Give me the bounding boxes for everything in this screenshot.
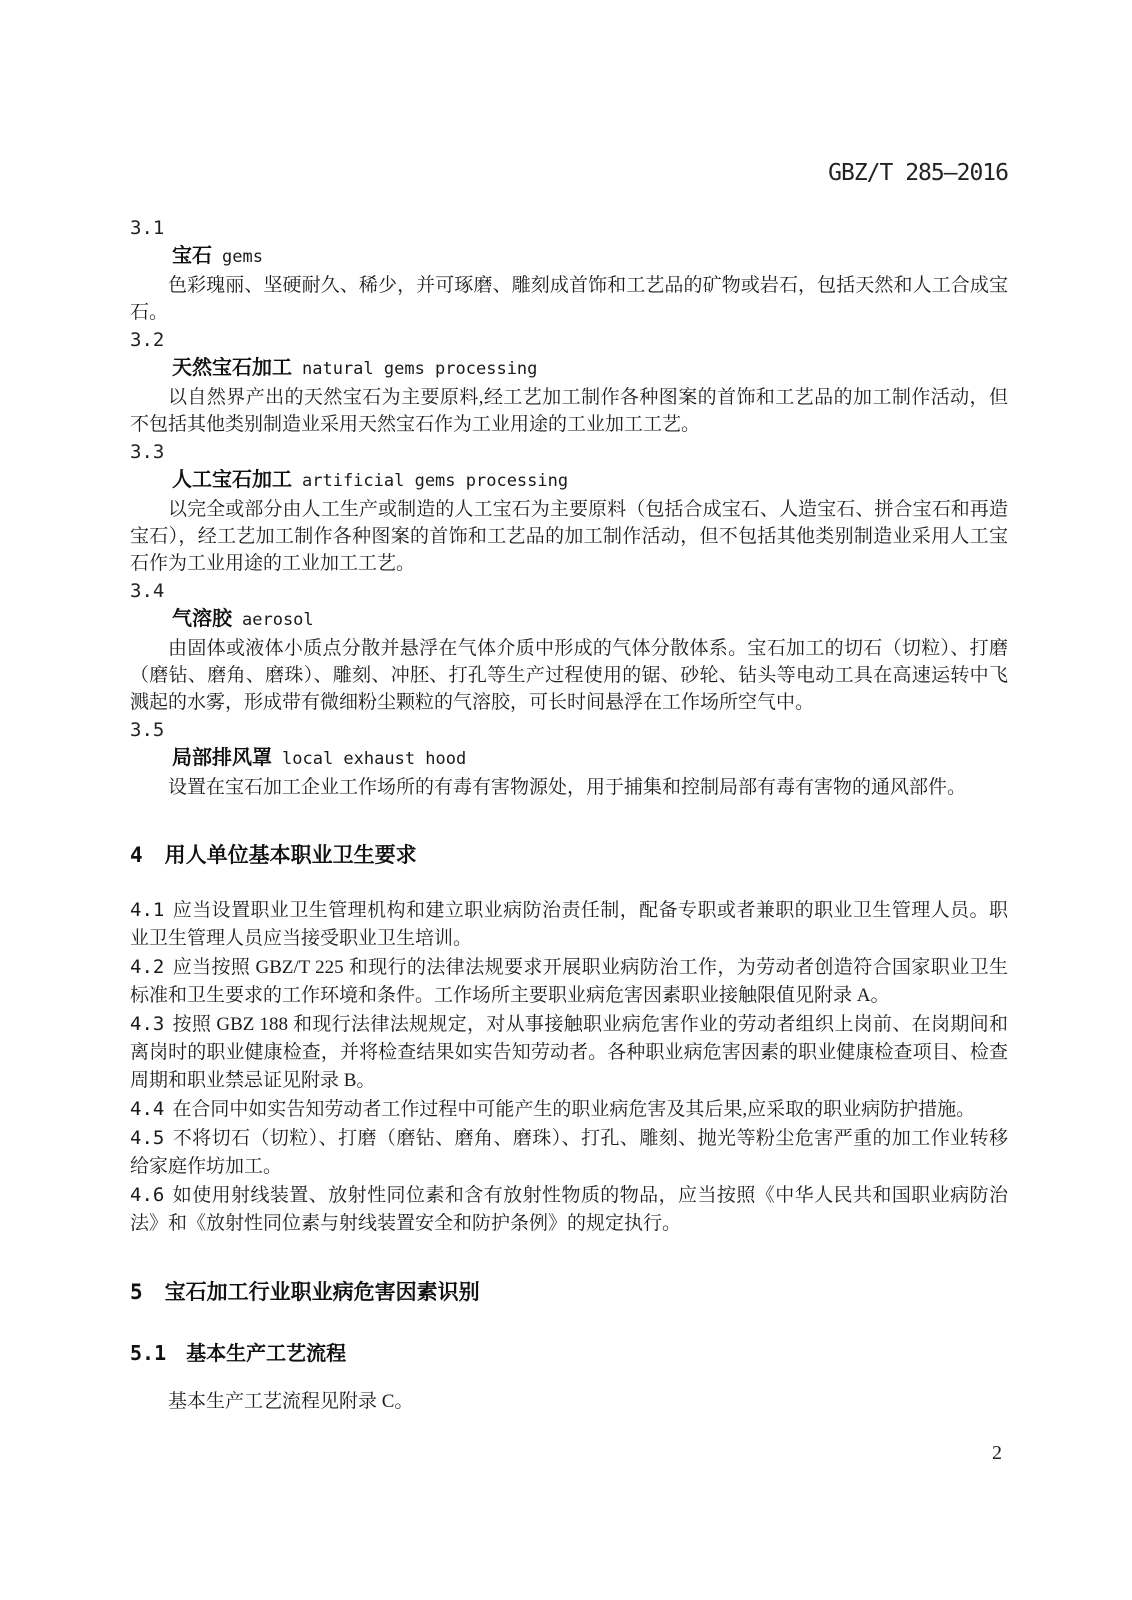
term-block: 3.2 天然宝石加工natural gems processing 以自然界产出… (130, 326, 1008, 438)
term-block: 3.5 局部排风罩local exhaust hood 设置在宝石加工企业工作场… (130, 716, 1008, 801)
term-zh: 人工宝石加工 (172, 469, 292, 491)
clause-text: 不将切石（切粒）、打磨（磨钻、磨角、磨珠）、打孔、雕刻、抛光等粉尘危害严重的加工… (130, 1128, 1008, 1177)
term-heading: 人工宝石加工artificial gems processing (130, 466, 1008, 496)
doc-code-header: GBZ/T 285—2016 (130, 0, 1008, 186)
clause-number: 4.3 (130, 1013, 164, 1035)
clause-number: 3.5 (130, 716, 1008, 744)
term-en: artificial gems processing (302, 471, 568, 491)
page-number: 2 (992, 1442, 1002, 1465)
term-definition: 以完全或部分由人工生产或制造的人工宝石为主要原料（包括合成宝石、人造宝石、拼合宝… (130, 496, 1008, 577)
clause-4-6: 4.6如使用射线装置、放射性同位素和含有放射性物质的物品，应当按照《中华人民共和… (130, 1181, 1008, 1238)
term-en: gems (222, 247, 263, 267)
section-5-1-body: 基本生产工艺流程见附录 C。 (130, 1388, 1008, 1415)
clause-4-3: 4.3按照 GBZ 188 和现行法律法规规定，对从事接触职业病危害作业的劳动者… (130, 1010, 1008, 1095)
term-en: local exhaust hood (282, 749, 466, 769)
clause-4-4: 4.4在合同中如实告知劳动者工作过程中可能产生的职业病危害及其后果,应采取的职业… (130, 1095, 1008, 1124)
section-number: 4 (130, 843, 143, 867)
clause-number: 3.1 (130, 214, 1008, 242)
term-definition: 由固体或液体小质点分散并悬浮在气体介质中形成的气体分散体系。宝石加工的切石（切粒… (130, 635, 1008, 716)
term-zh: 天然宝石加工 (172, 357, 292, 379)
clause-number: 4.1 (130, 899, 164, 921)
clause-number: 4.6 (130, 1184, 164, 1206)
term-heading: 局部排风罩local exhaust hood (130, 744, 1008, 774)
term-block: 3.1 宝石gems 色彩瑰丽、坚硬耐久、稀少，并可琢磨、雕刻成首饰和工艺品的矿… (130, 214, 1008, 326)
section-number: 5 (130, 1280, 143, 1304)
section-title: 宝石加工行业职业病危害因素识别 (165, 1281, 480, 1304)
section-title: 用人单位基本职业卫生要求 (165, 844, 417, 867)
term-en: aerosol (242, 610, 314, 630)
term-heading: 天然宝石加工natural gems processing (130, 354, 1008, 384)
clause-4-1: 4.1应当设置职业卫生管理机构和建立职业病防治责任制，配备专职或者兼职的职业卫生… (130, 896, 1008, 953)
clause-number: 3.4 (130, 577, 1008, 605)
term-definition: 设置在宝石加工企业工作场所的有毒有害物源处，用于捕集和控制局部有毒有害物的通风部… (130, 774, 1008, 801)
term-definition: 色彩瑰丽、坚硬耐久、稀少，并可琢磨、雕刻成首饰和工艺品的矿物或岩石，包括天然和人… (130, 272, 1008, 326)
term-zh: 局部排风罩 (172, 747, 272, 769)
subsection-number: 5.1 (130, 1341, 166, 1365)
clause-text: 应当设置职业卫生管理机构和建立职业病防治责任制，配备专职或者兼职的职业卫生管理人… (130, 900, 1008, 949)
clause-number: 4.2 (130, 956, 164, 978)
term-zh: 宝石 (172, 245, 212, 267)
page-content: GBZ/T 285—2016 3.1 宝石gems 色彩瑰丽、坚硬耐久、稀少，并… (130, 0, 1008, 1415)
section-5-1-heading: 5.1基本生产工艺流程 (130, 1339, 1008, 1368)
clause-number: 3.2 (130, 326, 1008, 354)
clause-text: 如使用射线装置、放射性同位素和含有放射性物质的物品，应当按照《中华人民共和国职业… (130, 1185, 1008, 1234)
term-heading: 宝石gems (130, 242, 1008, 272)
document-page: GBZ/T 285—2016 3.1 宝石gems 色彩瑰丽、坚硬耐久、稀少，并… (0, 0, 1132, 1600)
term-zh: 气溶胶 (172, 608, 232, 630)
clause-text: 在合同中如实告知劳动者工作过程中可能产生的职业病危害及其后果,应采取的职业病防护… (172, 1099, 975, 1120)
term-block: 3.4 气溶胶aerosol 由固体或液体小质点分散并悬浮在气体介质中形成的气体… (130, 577, 1008, 716)
term-heading: 气溶胶aerosol (130, 605, 1008, 635)
clause-text: 应当按照 GBZ/T 225 和现行的法律法规要求开展职业病防治工作，为劳动者创… (130, 957, 1008, 1006)
clause-number: 4.4 (130, 1098, 164, 1120)
section-4-clauses: 4.1应当设置职业卫生管理机构和建立职业病防治责任制，配备专职或者兼职的职业卫生… (130, 896, 1008, 1238)
clause-4-5: 4.5不将切石（切粒）、打磨（磨钻、磨角、磨珠）、打孔、雕刻、抛光等粉尘危害严重… (130, 1124, 1008, 1181)
term-en: natural gems processing (302, 359, 537, 379)
clause-text: 按照 GBZ 188 和现行法律法规规定，对从事接触职业病危害作业的劳动者组织上… (130, 1014, 1008, 1091)
terms-section: 3.1 宝石gems 色彩瑰丽、坚硬耐久、稀少，并可琢磨、雕刻成首饰和工艺品的矿… (130, 214, 1008, 801)
section-4-heading: 4用人单位基本职业卫生要求 (130, 841, 1008, 870)
clause-number: 4.5 (130, 1127, 164, 1149)
clause-4-2: 4.2应当按照 GBZ/T 225 和现行的法律法规要求开展职业病防治工作，为劳… (130, 953, 1008, 1010)
section-5-heading: 5宝石加工行业职业病危害因素识别 (130, 1278, 1008, 1307)
clause-number: 3.3 (130, 438, 1008, 466)
term-block: 3.3 人工宝石加工artificial gems processing 以完全… (130, 438, 1008, 577)
subsection-title: 基本生产工艺流程 (186, 1343, 346, 1365)
term-definition: 以自然界产出的天然宝石为主要原料,经工艺加工制作各种图案的首饰和工艺品的加工制作… (130, 384, 1008, 438)
